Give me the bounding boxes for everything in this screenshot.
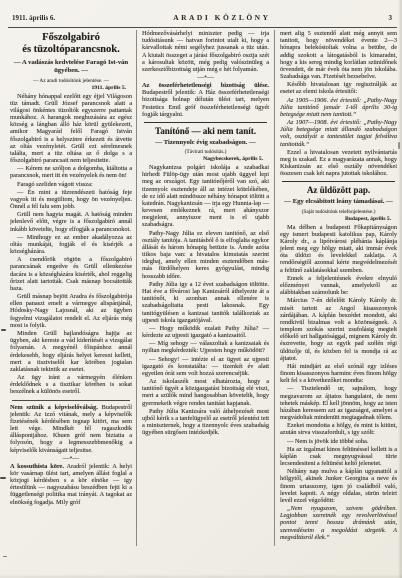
scan-edge-shadow [398,0,402,578]
article-headline: Tanítónő — aki nem tanít. [142,126,269,137]
article-headline: Főszolgabiró és tüzoltóparancsnok. [10,32,132,57]
brief-lead: A kossuthista köre. [10,463,64,470]
article-dateline: Nagybecskerek, április 5. [142,156,263,162]
paragraph: Nagykanizsa polgári iskolája a szabadkai… [142,164,269,229]
yearbook-quote: Az 1905—1906. évi értesitő: „Pathy-Nagy … [280,97,397,119]
continuation-paragraph: Ezzel a hivatalosan vezetett nyilvántart… [280,149,397,178]
masthead-rule [8,27,397,28]
brief-text: Budapestről jelentik: Az izzó vitának, m… [10,404,132,454]
article-dateline: Budapest, április 5. [280,216,391,222]
issue-date: 1911. április 6. [12,14,55,22]
article-byline: — Az aradi tudósítónk jelentése. — [10,78,132,84]
paragraph: Pathy Júlia igy a 12 évet szabadságon tö… [142,281,269,324]
article-divider [282,181,395,182]
paragraph: A csendőrök rögtön a főszolgabiró paranc… [10,256,132,292]
masthead: 1911. április 6. ARADI KÖZLÖNY 3 [12,13,392,26]
paragraph: Ennek a feljelentésnek évekre elnyuló el… [280,275,397,297]
paragraph: — Tisztelendő ur, sajnálom, hogy megzava… [280,385,397,421]
paragraph: — Hogy működik ezalatt Pathy Júlia? — ké… [142,325,269,339]
article-byline: (Távirati tudósítás.) [142,149,269,155]
brief-lead: Nem szünik a képviselőválság. [10,404,98,411]
article-divider [12,400,130,401]
newspaper-page: 1911. április 6. ARADI KÖZLÖNY 3 Főszolg… [0,0,402,578]
paragraph: Grüll nem hagyta magát. A hatóság minden… [10,211,132,233]
news-brief: Az összeférhetetlenségi bizottság ülése.… [142,82,269,118]
brief-text: Aradról jelentik: A helyi kör vasárnap ü… [10,463,132,506]
brief-text: Budapestről jelentik: A Ház összeférhete… [142,89,269,118]
news-brief: A kossuthista köre. Aradról jelentik: A … [10,463,132,506]
paragraph: Faragó szeliden vágott vissza: [10,181,132,188]
article-byline: (Saját tudósitónk telefonjelentése.) [280,209,397,215]
scan-artifact [1,329,6,331]
article-subtitle: — Egy elcsábitott leány támadásai. — [280,198,397,206]
paragraph: Az iskolaszék most elhatározta, hogy a t… [142,378,269,407]
yearbook-quote: Az 1907—1908. évi értesitő: „Pathy-Nagy … [280,119,397,148]
paragraph: — Nem is jövök ide többé soha. [280,438,397,445]
column-layout: Főszolgabiró és tüzoltóparancsnok. — A v… [10,30,397,546]
dash-separator: —•— [10,456,132,461]
article-subtitle: — Tizennyolc évig szabadságon. — [142,139,269,147]
article-dateline: 1911. április 5. [10,85,126,91]
brief-lead: Az összeférhetetlenségi bizottság ülése. [142,82,269,89]
paragraph: — Míg sehogy — válaszoltak a kanizsaiak … [142,340,269,354]
column-3: mert alig 5 esztendő alatt még annyit se… [275,30,397,546]
news-brief: Nem szünik a képviselőválság. Budapestrő… [10,404,132,454]
column-2: Hódmezővásárhelyi miniszter pedig — irja… [136,30,275,546]
paragraph: Ma délben a budapesti Főkapitányságon eg… [280,224,397,274]
letter-quote: „Nem nyugszom, szivem gödrében. Legjobba… [280,505,397,541]
paragraph: Grüll másnap bejött Aradra és főszolgabi… [10,293,132,329]
paragraph: Ha az izgalmat kinos feltünéssel kellett… [280,446,397,468]
newspaper-title: ARADI KÖZLÖNY [173,13,270,22]
continuation-paragraph: Később hivatalosan igy regisztrálják az … [280,81,397,95]
article-divider [144,122,267,123]
paragraph: — Én mint a tüzrendészeti hatóság feje v… [10,189,132,211]
paragraph: Minden Grüll hajlandóságra hajtja az ügy… [10,330,132,373]
paragraph: Néhány hónappal ezelőtt egy éjjel Világo… [10,93,132,165]
continuation-paragraph: mert alig 5 esztendő alatt még annyit se… [280,30,397,80]
paragraph: Pathy Júlia Kanizsára való áthelyezését … [142,408,269,437]
column-1: Főszolgabiró és tüzoltóparancsnok. — A v… [10,30,136,546]
article-subtitle: — A vadászás kedvtelése Faragó Ist-ván ü… [10,59,132,76]
dash-separator: —•— [142,75,269,80]
article-headline: Az üldözött pap. [280,185,397,196]
paragraph: Pathy-Nagy Júlia ez eleven tanitónő, az … [142,230,269,280]
page-number: 3 [389,14,393,22]
scan-edge-shadow [0,574,402,578]
paragraph: Hát mindjárt az első szónál egy izléses … [280,363,397,385]
scan-artifact [0,477,6,479]
paragraph: Néhány nap mulva a káplán ugyanattól a h… [280,468,397,504]
paragraph: — Sehogy! — intézte el az ügyet az ujpes… [142,356,269,378]
paragraph: — Kérem ne szóljon a dolgomba, kiáltotta… [10,165,132,179]
paragraph: — Minthogy ez az ember akadályozza az ol… [10,234,132,256]
continuation-paragraph: Hódmezővásárhelyi miniszter pedig — irja… [142,30,269,73]
paragraph: Ezeket mondotta a hölgy, és mint is kitü… [280,422,397,436]
paragraph: Az ügy iránt a vármegyén élénken érdeklő… [10,374,132,396]
paragraph: Március 7-én délelőtt Károly Károly dr. … [280,297,397,362]
scan-artifact [3,556,7,557]
